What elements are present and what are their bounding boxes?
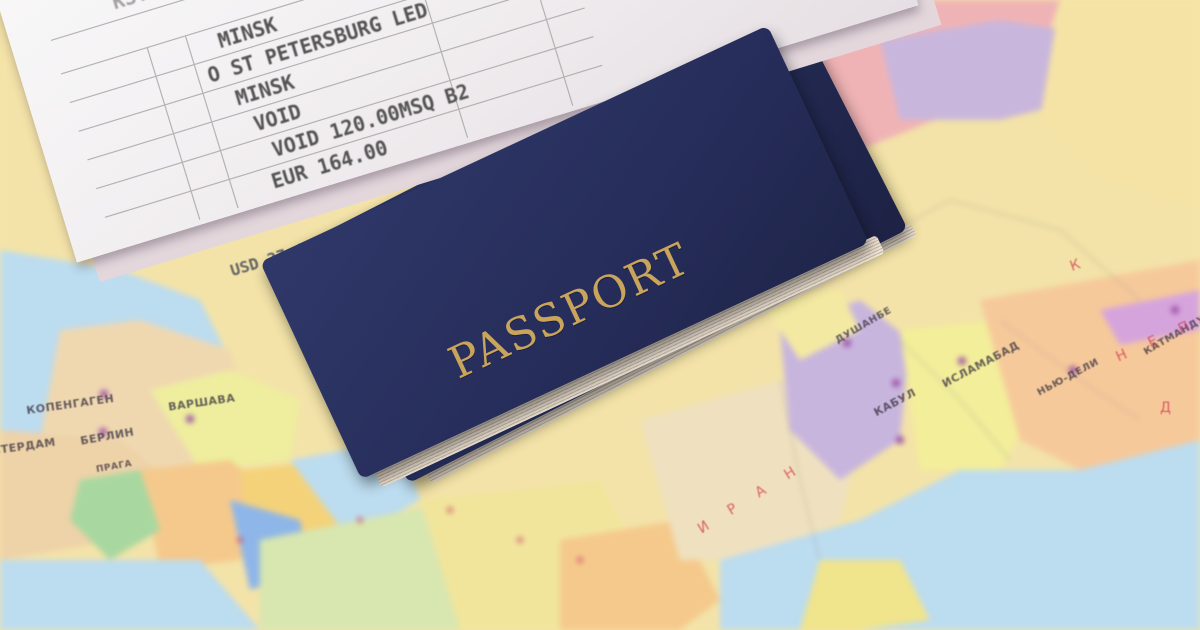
travel-photo: КОПЕНГАГЕН ВАРШАВА БЕРЛИН ПРАГА ИСЛАМАБА… [0,0,1200,630]
map-country-letter: Д [1160,400,1181,416]
